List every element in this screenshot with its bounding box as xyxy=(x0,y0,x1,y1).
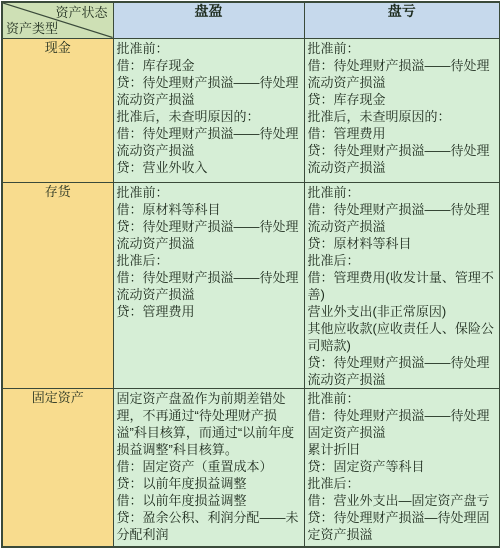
row-label-cash: 现金 xyxy=(2,38,113,182)
column-header-deficit: 盘亏 xyxy=(304,2,500,38)
table-row-fixed-assets: 固定资产 固定资产盘盈作为前期差错处理，不再通过“待处理财产损溢”科目核算，而通… xyxy=(2,388,500,547)
row-label-fixed-assets: 固定资产 xyxy=(2,388,113,547)
inventory-deficit-entry: 批准前： 借：待处理财产损溢——待处理流动资产损溢 贷：原材料等科目 批准后： … xyxy=(304,182,500,388)
fixed-assets-deficit-entry: 批准前： 借：待处理财产损溢——待处理固定资产损溢 累计折旧 贷：固定资产等科目… xyxy=(304,388,500,547)
header-row: 资产状态 资产类型 盘盈 盘亏 xyxy=(2,2,500,38)
cash-deficit-entry: 批准前： 借：待处理财产损溢——待处理流动资产损溢 贷：库存现金 批准后，未查明… xyxy=(304,38,500,182)
column-header-surplus: 盘盈 xyxy=(113,2,304,38)
fixed-assets-surplus-entry: 固定资产盘盈作为前期差错处理，不再通过“待处理财产损溢”科目核算，而通过“以前年… xyxy=(113,388,304,547)
corner-label-asset-status: 资产状态 xyxy=(55,4,107,21)
asset-status-table: 资产状态 资产类型 盘盈 盘亏 现金 批准前： 借：库存现金 贷：待处理财产损溢… xyxy=(1,1,500,548)
corner-label-asset-type: 资产类型 xyxy=(6,20,58,37)
row-label-inventory: 存货 xyxy=(2,182,113,388)
cash-surplus-entry: 批准前： 借：库存现金 贷：待处理财产损溢——待处理流动资产损溢 批准后，未查明… xyxy=(113,38,304,182)
table-row-inventory: 存货 批准前： 借：原材料等科目 贷：待处理财产损溢——待处理流动资产损溢 批准… xyxy=(2,182,500,388)
corner-header-cell: 资产状态 资产类型 xyxy=(2,2,113,38)
table-row-cash: 现金 批准前： 借：库存现金 贷：待处理财产损溢——待处理流动资产损溢 批准后，… xyxy=(2,38,500,182)
page: 资产状态 资产类型 盘盈 盘亏 现金 批准前： 借：库存现金 贷：待处理财产损溢… xyxy=(0,0,500,534)
inventory-surplus-entry: 批准前： 借：原材料等科目 贷：待处理财产损溢——待处理流动资产损溢 批准后： … xyxy=(113,182,304,388)
